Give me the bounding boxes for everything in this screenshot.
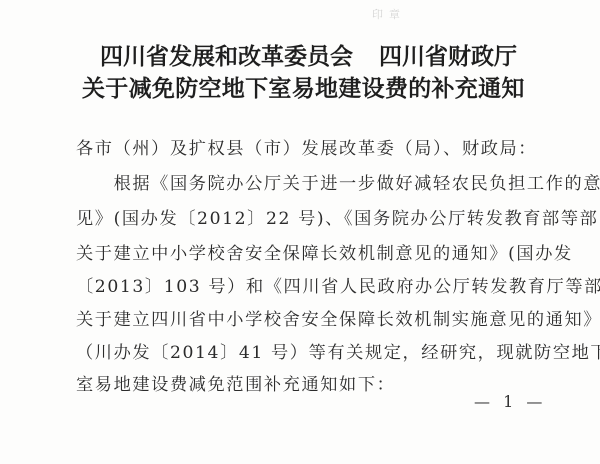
faded-stamp: 印章 bbox=[372, 6, 512, 32]
body-line: 根据《国务院办公厅关于进一步做好减轻农民负担工作的意 bbox=[76, 169, 600, 194]
body-line: 室易地建设费减免范围补充通知如下： bbox=[76, 370, 395, 395]
org-development-reform-commission: 四川省发展和改革委员会 bbox=[100, 43, 353, 70]
addressee: 各市（州）及扩权县（市）发展改革委（局）、财政局： bbox=[76, 134, 537, 159]
body-line: 〔2013〕103 号）和《四川省人民政府办公厅转发教育厅等部门 bbox=[76, 272, 600, 297]
page-number: — 1 — bbox=[474, 392, 546, 411]
body-line: 关于建立中小学校舍安全保障长效机制意见的通知》(国办发 bbox=[76, 239, 573, 264]
document-title: 关于减免防空地下室易地建设费的补充通知 bbox=[82, 70, 600, 103]
issuing-organizations: 四川省发展和改革委员会四川省财政厅 bbox=[100, 38, 600, 71]
org-finance-department: 四川省财政厅 bbox=[379, 43, 517, 70]
body-line: （川办发〔2014〕41 号）等有关规定，经研究，现就防空地下 bbox=[76, 338, 600, 363]
body-line: 关于建立四川省中小学校舍安全保障长效机制实施意见的通知》 bbox=[76, 305, 600, 330]
body-line: 见》(国办发〔2012〕22 号)、《国务院办公厅转发教育部等部门 bbox=[76, 204, 600, 229]
